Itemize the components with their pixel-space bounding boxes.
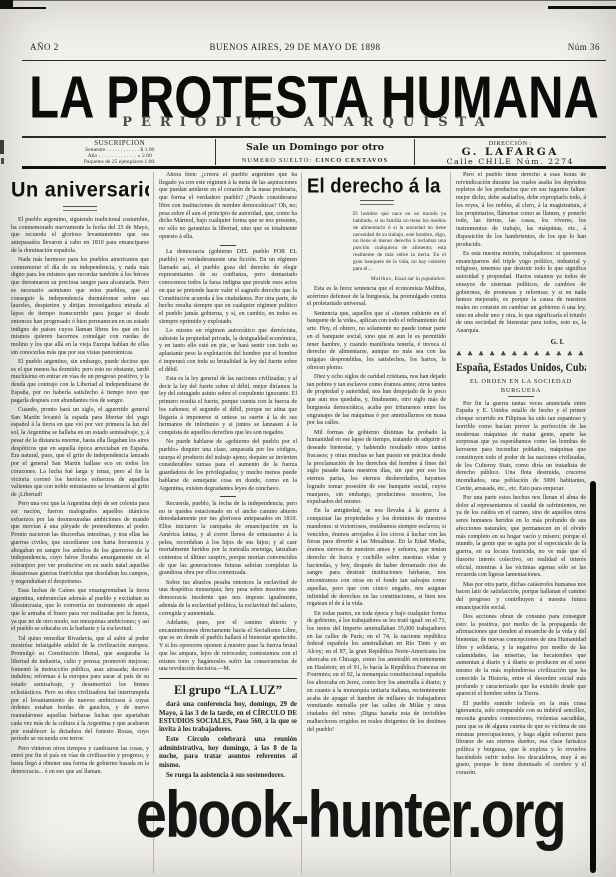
headline-rule <box>63 206 97 211</box>
paragraph: Esta es la feroz sentencia que el econom… <box>307 286 446 309</box>
scan-edge-speck <box>0 140 4 154</box>
paragraph: Sobre tus abuelos pesaba entonces la esc… <box>159 580 297 619</box>
paragraph: Mil formas de gobierno distintas ha prob… <box>307 430 446 507</box>
paragraph: El pueblo sumido todavía en la más crasa… <box>456 701 586 778</box>
subscription-packs: Paquetes de 25 ejemplares 1.00. <box>24 159 215 165</box>
column-2: Ahora bien: ¿creerá el pueblo argentino … <box>159 172 297 874</box>
paragraph: Sentencia que, aquellos que sí «tienen c… <box>307 311 446 373</box>
paragraph: El pueblo argentino, sin embargo, puede … <box>11 359 149 405</box>
notice-title-la-luz: El grupo “LA LUZ” <box>159 682 297 699</box>
paragraph: Ahora bien: ¿creerá el pueblo argentino … <box>159 172 297 242</box>
scan-edge-speck <box>1 158 4 164</box>
article-signature: G. I. <box>456 338 586 347</box>
masthead-issue-number: Núm 36 <box>568 42 600 52</box>
article-title-el-derecho: El derecho á la vida <box>307 173 446 199</box>
headline-rule <box>360 200 394 205</box>
ornament-divider-icon: ♣ ♣ ♣ ♣ ♣ ♣ ♣ ♣ ♣ ♣ ♣ ♣ ♣ ♣ ♣ ♣ ♣ ♣ <box>456 350 586 358</box>
scan-top-line-right <box>548 6 616 9</box>
paragraph: Lo mismo en régimen autocrático que demó… <box>159 328 297 374</box>
epigraph-attribution: Malthus, Essai sur la population. <box>353 276 446 283</box>
paragraph: Adelante, pues, por el camino abierto y … <box>159 620 297 674</box>
section-rule <box>159 678 297 679</box>
column-divider <box>153 172 154 874</box>
masthead-dateline: BUENOS AIRES, 29 DE MAYO DE 1898 <box>30 42 560 52</box>
paragraph: En todas partes, en toda época y bajo cu… <box>307 611 446 735</box>
frequency-line: Sale un Domingo por otro <box>216 142 413 153</box>
paragraph: Por una parte estos hechos nos llenan el… <box>456 495 586 580</box>
masthead-subtitle: PERIODICO ANARQUISTA <box>0 115 616 130</box>
paragraph: Nada más hermoso para los pueblos americ… <box>11 257 149 358</box>
masthead-rule-bottom <box>22 166 606 169</box>
paragraph: Pero el pueblo tiene derecho á esas hora… <box>456 172 586 249</box>
paragraph: Dos acciones obran de consuno para conse… <box>456 614 586 699</box>
notice-paragraph: Este Círculo celebrará una reunión admin… <box>159 736 297 770</box>
paragraph: Tal quiso remediar Rivadavia, que al sub… <box>11 636 149 744</box>
column-1: Un aniversario El pueblo argentino, sigu… <box>11 172 149 874</box>
frequency-box: Sale un Domingo por otro NUMERO SUELTO: … <box>215 139 413 165</box>
scan-top-line-left <box>0 7 46 9</box>
masthead-topline: AÑO 2 BUENOS AIRES, 29 DE MAYO DE 1898 N… <box>30 42 600 52</box>
direction-box: DIRECCIÓN : G. LAFARGA Calle CHILE Núm. … <box>414 139 606 165</box>
price-value: CINCO CENTAVOS <box>315 157 388 164</box>
masthead-rule-mid <box>22 136 606 138</box>
paragraph: En la antigüedad, se nos llevaba á la gu… <box>307 508 446 609</box>
notice-paragraph: dará una conferencia hoy, domingo, 29 de… <box>159 701 297 735</box>
scan-top-hairline <box>0 0 616 1</box>
subtitle-rule <box>508 396 534 397</box>
newspaper-page: AÑO 2 BUENOS AIRES, 29 DE MAYO DE 1898 N… <box>0 0 616 877</box>
watermark-text: ebook-hunter.org <box>136 776 565 852</box>
article-subtitle-espana: EL ORDEN EN LA SOCIEDAD BURGUESA <box>456 378 586 394</box>
epigraph-quote: El hombre que nace en un mundo ya habita… <box>353 211 446 273</box>
scan-black-bar <box>590 481 596 873</box>
paragraph: Recuerda, pueblo, la fecha de la indepen… <box>159 501 297 578</box>
paragraph: Esta es la ley general de las naciones c… <box>159 376 297 438</box>
column-3: El derecho á la vida El hombre que nace … <box>307 172 446 874</box>
masthead-info-row: SUSCRIPCIÓN Semestre . . . . . . . . . .… <box>24 139 606 165</box>
column-divider <box>301 172 302 874</box>
subscription-header: SUSCRIPCIÓN <box>24 139 215 147</box>
paragraph: Esas luchas de Caínes que ensangrentaban… <box>11 588 149 634</box>
attribution-work: Essai sur la population. <box>394 276 446 282</box>
article-title-espana: España, Estados Unidos, Cuba y Filipinas <box>456 362 586 376</box>
attribution-author: Malthus, <box>371 276 393 282</box>
column-4: Pero el pueblo tiene derecho á esas hora… <box>456 172 586 874</box>
masthead-rule-top <box>22 60 606 61</box>
column-divider <box>450 172 451 874</box>
article-title-un-aniversario: Un aniversario <box>11 177 149 205</box>
direction-address: Calle CHILE Núm. 2274 <box>415 158 606 165</box>
price-label: NUMERO SUELTO: <box>242 157 313 164</box>
paragraph: Pero una vez que la Argentina dejó de se… <box>11 501 149 586</box>
paragraph: El pueblo argentino, siguiendo tradicion… <box>11 217 149 256</box>
paragraph: La democracia (gobierno DEL pueblo POR E… <box>159 249 297 326</box>
price-line: NUMERO SUELTO: CINCO CENTAVOS <box>216 157 413 164</box>
paragraph-divider <box>220 496 236 497</box>
paragraph-divider <box>220 245 236 246</box>
subscription-box: SUSCRIPCIÓN Semestre . . . . . . . . . .… <box>24 139 215 165</box>
paragraph: Es esta nuestra misión, trabajadores: si… <box>456 251 586 336</box>
paragraph: Por fin la guerra tantas veces anunciada… <box>456 401 586 494</box>
paragraph: No puede hablarse de «gobierno del puebl… <box>159 439 297 493</box>
paragraph: Pero vinieron otros tiempos y cambiaron … <box>11 746 149 777</box>
paragraph: Mas por otra parte, dichas catástrofes h… <box>456 582 586 613</box>
paragraph: Diez y ocho siglos de caridad cristiana,… <box>307 374 446 428</box>
paragraph: Cuando, pronto hará un siglo, el aguerri… <box>11 407 149 500</box>
